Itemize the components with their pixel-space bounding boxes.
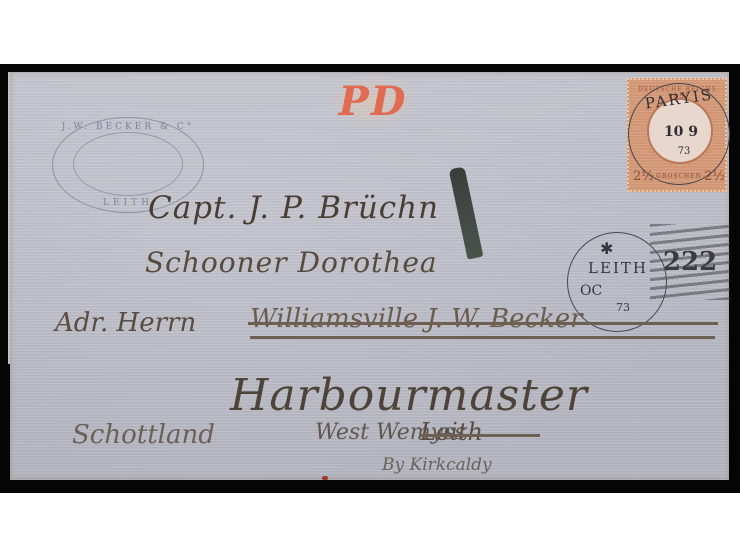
cancel-date: 10 9 — [653, 124, 709, 140]
address-addressee: Capt. J. P. Brüchn — [148, 190, 439, 226]
leith-month: OC — [580, 283, 602, 299]
cancel-year: 73 — [659, 146, 709, 157]
strike-line — [248, 322, 718, 325]
leith-year: 73 — [616, 301, 630, 314]
address-struck-leith: Leith — [420, 418, 483, 446]
oval-firm-name: J.W. BECKER & C° — [53, 122, 203, 132]
address-vessel: Schooner Dorothea — [145, 246, 438, 279]
address-via: By Kirkcaldy — [382, 455, 492, 475]
address-harbourmaster: Harbourmaster — [230, 370, 588, 421]
strike-line — [250, 336, 715, 339]
star-icon: ✱ — [600, 239, 613, 258]
address-struck-forwarder: Williamsville J. W. Becker — [250, 304, 583, 334]
strike-line — [420, 434, 540, 437]
paris-cancel-postmark: PARYIS 10 9 73 — [628, 83, 730, 185]
pd-handstamp: PD — [328, 74, 418, 130]
address-care-of: Adr. Herrn — [55, 308, 196, 338]
leith-town: LEITH — [576, 259, 660, 277]
red-wax-speck — [322, 476, 328, 480]
address-country: Schottland — [72, 420, 215, 450]
